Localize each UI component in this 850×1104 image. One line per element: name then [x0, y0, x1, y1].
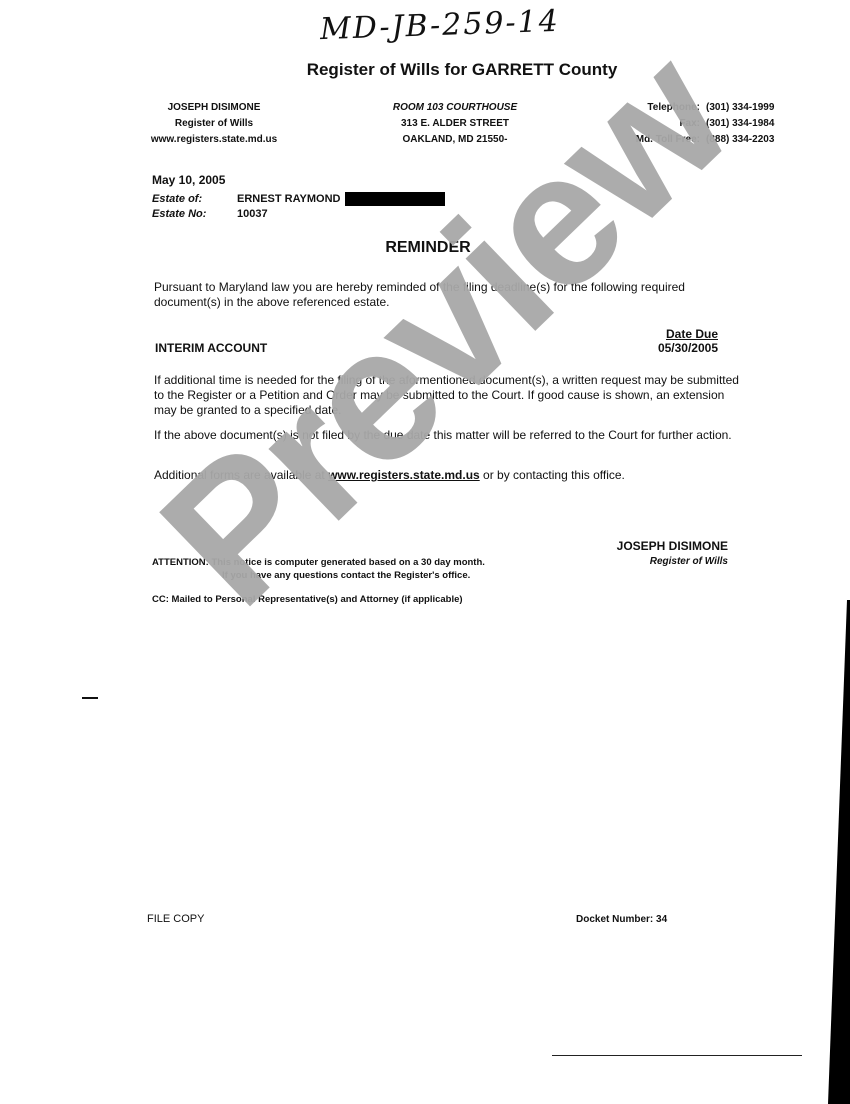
address-line-1: ROOM 103 COURTHOUSE	[380, 100, 530, 116]
signature-title: Register of Wills	[596, 556, 728, 567]
register-title: Register of Wills	[140, 116, 288, 132]
redaction-bar	[345, 192, 445, 206]
address-line-2: 313 E. ALDER STREET	[380, 116, 530, 132]
document-title: Register of Wills for GARRETT County	[0, 60, 850, 80]
extension-paragraph: If additional time is needed for the fil…	[154, 373, 744, 418]
due-date: Date Due 05/30/2005	[640, 327, 718, 355]
letter-date: May 10, 2005	[152, 173, 225, 187]
forms-paragraph: Additional forms are available at www.re…	[154, 468, 744, 483]
handwritten-case-number: MD-JB-259-14	[319, 4, 560, 47]
intro-paragraph: Pursuant to Maryland law you are hereby …	[154, 280, 744, 310]
estate-no-label: Estate No:	[152, 207, 237, 222]
contact-fax: Fax: (301) 334-1984	[600, 116, 780, 132]
docket-number: Docket Number: 34	[576, 914, 667, 925]
estate-of-label: Estate of:	[152, 192, 237, 207]
office-address: ROOM 103 COURTHOUSE 313 E. ALDER STREET …	[380, 100, 530, 148]
register-name: JOSEPH DISIMONE	[140, 100, 288, 116]
signature-block: JOSEPH DISIMONE Register of Wills	[596, 539, 728, 567]
contact-toll-free: Md. Toll Free: (888) 334-2203	[600, 132, 780, 148]
referral-paragraph: If the above document(s) is not filed by…	[154, 428, 744, 443]
address-line-3: OAKLAND, MD 21550-	[380, 132, 530, 148]
register-website: www.registers.state.md.us	[140, 132, 288, 148]
scan-mark	[82, 697, 98, 699]
register-info: JOSEPH DISIMONE Register of Wills www.re…	[140, 100, 288, 148]
signature-name: JOSEPH DISIMONE	[596, 539, 728, 553]
contact-telephone: Telephone: (301) 334-1999	[600, 100, 780, 116]
cc-note: CC: Mailed to Personal Representative(s)…	[152, 594, 463, 605]
due-date-value: 05/30/2005	[640, 341, 718, 355]
scan-edge-shadow	[826, 600, 850, 1104]
file-copy-label: FILE COPY	[147, 913, 204, 925]
estate-no-value: 10037	[237, 207, 268, 222]
attention-note: ATTENTION: This notice is computer gener…	[152, 556, 485, 582]
signature-line	[552, 1055, 802, 1056]
due-date-label: Date Due	[640, 327, 718, 341]
document-name: INTERIM ACCOUNT	[155, 341, 267, 355]
registers-website-link[interactable]: www.registers.state.md.us	[328, 468, 480, 482]
estate-of-value: ERNEST RAYMOND	[237, 192, 341, 207]
estate-info: Estate of: ERNEST RAYMOND Estate No: 100…	[152, 192, 445, 222]
contact-numbers: Telephone: (301) 334-1999 Fax: (301) 334…	[600, 100, 780, 148]
reminder-heading: REMINDER	[0, 239, 850, 257]
